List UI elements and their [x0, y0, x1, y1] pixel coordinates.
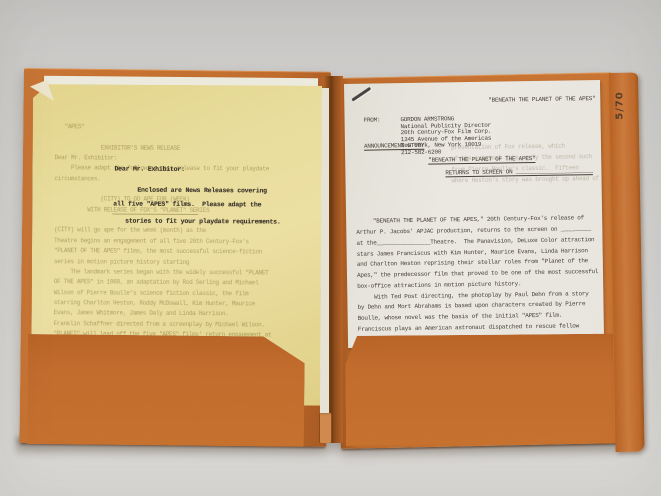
text-line: circumstances. — [54, 174, 272, 186]
announcement-story-label: ANNOUNCEMENT STORY — [364, 142, 424, 150]
right-page-press-release-sheet: FROM: GORDON ARMSTRONG National Publicit… — [344, 80, 604, 348]
folder-right-edge-fold — [609, 72, 645, 451]
folder-spine-bottom-fold — [319, 413, 332, 443]
handwritten-date-annotation: 5/70 — [615, 90, 626, 122]
text-line: "PLANET OF THE APES" films, the most suc… — [54, 246, 272, 258]
folder-left-pocket — [27, 334, 305, 447]
folder-right-pocket — [345, 334, 614, 446]
exhibitor-note-line: all five "APES" films. Please adapt the — [113, 200, 261, 208]
exhibitor-note-line: stories to fit your playdate requirement… — [125, 218, 280, 226]
text-line: OF THE APES" in 1968, an adaptation by R… — [54, 277, 272, 289]
left-page-bleedthrough-text: "APES" EXHIBITOR'S NEWS RELEASEDear Mr. … — [53, 91, 272, 361]
film-title-corner: "BENEATH THE PLANET OF THE APES" — [488, 95, 595, 104]
press-release-body: "BENEATH THE PLANET OF THE APES," 20th C… — [356, 181, 600, 348]
press-kit-folder-photo: "APES" EXHIBITOR'S NEWS RELEASEDear Mr. … — [0, 0, 661, 496]
exhibitor-note-line: Enclosed are News Releases covering — [137, 187, 267, 195]
exhibitor-note-salutation: Dear Mr. Exhibitor: — [114, 165, 184, 172]
text-line: Evans, James Whitmore, James Daly and Li… — [54, 308, 272, 320]
